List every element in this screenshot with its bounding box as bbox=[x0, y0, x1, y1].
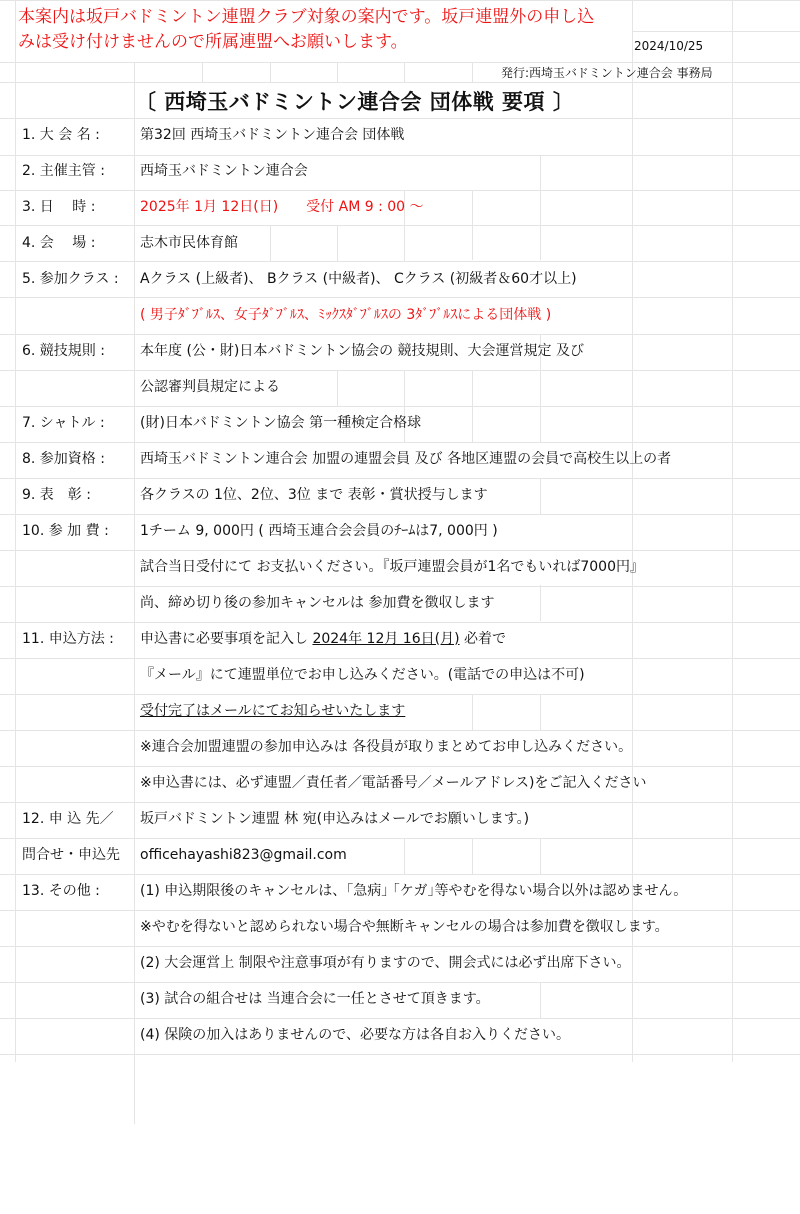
deadline-date: 2024年 12月 16日(月) bbox=[312, 631, 459, 647]
row-value: (2) 大会運営上 制限や注意事項が有りますので、開会式には必ず出席下さい。 bbox=[140, 956, 630, 970]
row-value: 各クラスの 1位、2位、3位 まで 表彰・賞状授与します bbox=[140, 488, 488, 502]
gridline bbox=[15, 0, 16, 1062]
gridline bbox=[202, 62, 203, 82]
row-label: 6. 競技規則 : bbox=[22, 344, 105, 358]
page-title: 〔 西埼玉バドミントン連合会 団体戦 要項 〕 bbox=[135, 92, 574, 113]
row-value: ( 男子ﾀﾞﾌﾞﾙｽ、女子ﾀﾞﾌﾞﾙｽ、ﾐｯｸｽﾀﾞﾌﾞﾙｽの 3ﾀﾞﾌﾞﾙｽに… bbox=[140, 308, 551, 322]
gridline bbox=[404, 225, 405, 261]
row-value: 西埼玉バドミントン連合会 bbox=[140, 164, 308, 178]
row-value: 試合当日受付にて お支払いください。『坂戸連盟会員が1名でもいれば7000円』 bbox=[140, 560, 644, 574]
gridline bbox=[632, 658, 633, 694]
gridline bbox=[134, 62, 135, 1124]
gridline bbox=[540, 155, 541, 260]
issue-date: 2024/10/25 bbox=[634, 40, 703, 52]
gridline bbox=[540, 838, 541, 874]
row-value: (1) 申込期限後のキャンセルは、｢急病｣ ｢ケガ｣等やむを得ない場合以外は認め… bbox=[140, 884, 687, 898]
gridline bbox=[472, 62, 473, 82]
gridline bbox=[472, 694, 473, 730]
row-value: 2025年 1月 12日(日) 受付 AM 9 : 00 ～ bbox=[140, 200, 424, 214]
row-value: 坂戸バドミントン連盟 林 宛(申込みはメールでお願いします。) bbox=[140, 812, 529, 826]
row-value: (3) 試合の組合せは 当連合会に一任とさせて頂きます。 bbox=[140, 992, 490, 1006]
row-value: 第32回 西埼玉バドミントン連合会 団体戦 bbox=[140, 128, 404, 142]
gridline bbox=[337, 370, 338, 406]
row-value: ※申込書には、必ず連盟／責任者／電話番号／メールアドレス)をご記入ください bbox=[140, 776, 647, 790]
row-label: 10. 参 加 費 : bbox=[22, 524, 109, 538]
row-label: 12. 申 込 先／ bbox=[22, 812, 114, 826]
gridline bbox=[337, 225, 338, 261]
gridline bbox=[472, 838, 473, 874]
row-value: 尚、締め切り後の参加キャンセルは 参加費を徴収します bbox=[140, 596, 494, 610]
row-value: (財)日本バドミントン協会 第一種検定合格球 bbox=[140, 416, 421, 430]
notice-line-1: 本案内は坂戸バドミントン連盟クラブ対象の案内です。坂戸連盟外の申し込 bbox=[18, 9, 594, 26]
issuer: 発行:西埼玉バドミントン連合会 事務局 bbox=[501, 67, 713, 79]
row-value: ※連合会加盟連盟の参加申込みは 各役員が取りまとめてお申し込みください。 bbox=[140, 740, 632, 754]
row-label: 問合せ・申込先 bbox=[22, 848, 120, 862]
gridline bbox=[632, 0, 633, 1062]
row-value: 申込書に必要事項を記入し 2024年 12月 16日(月) 必着で bbox=[140, 632, 506, 646]
gridline bbox=[404, 62, 405, 82]
row-label: 8. 参加資格 : bbox=[22, 452, 105, 466]
row-value: (4) 保険の加入はありませんので、必要な方は各自お入りください。 bbox=[140, 1028, 570, 1042]
row-value: 1チーム 9, 000円 ( 西埼玉連合会会員のﾁｰﾑは7, 000円 ) bbox=[140, 524, 498, 538]
row-value: 本年度 (公・財)日本バドミントン協会の 競技規則、大会運営規定 及び bbox=[140, 344, 584, 358]
gridline bbox=[270, 62, 271, 82]
row-value: 公認審判員規定による bbox=[140, 380, 280, 394]
gridline bbox=[540, 478, 541, 514]
row-label: 2. 主催主管 : bbox=[22, 164, 105, 178]
row-value: 受付完了はメールにてお知らせいたします bbox=[140, 704, 405, 718]
gridline bbox=[540, 694, 541, 730]
row-label: 7. シャトル : bbox=[22, 416, 105, 430]
row-label: 9. 表 彰 : bbox=[22, 488, 91, 502]
row-value: Aクラス (上級者)、 Bクラス (中級者)、 Cクラス (初級者＆60才以上) bbox=[140, 272, 577, 286]
gridline bbox=[337, 62, 338, 82]
row-label: 4. 会 場 : bbox=[22, 236, 95, 250]
contact-email: officehayashi823@gmail.com bbox=[140, 848, 347, 862]
row-value: ※やむを得ないと認められない場合や無断キャンセルの場合は参加費を徴収します。 bbox=[140, 920, 669, 934]
row-label: 1. 大 会 名 : bbox=[22, 128, 100, 142]
row-label: 13. その他 : bbox=[22, 884, 100, 898]
gridline bbox=[404, 838, 405, 874]
row-value: 西埼玉バドミントン連合会 加盟の連盟会員 及び 各地区連盟の会員で高校生以上の者 bbox=[140, 452, 671, 466]
row-label: 5. 参加クラス : bbox=[22, 272, 119, 286]
deadline-suffix: 必着で bbox=[460, 631, 506, 647]
gridline bbox=[270, 225, 271, 261]
row-value: 志木市民体育館 bbox=[140, 236, 238, 250]
gridline bbox=[732, 0, 733, 1062]
row-label: 11. 申込方法 : bbox=[22, 632, 114, 646]
row-label: 3. 日 時 : bbox=[22, 200, 95, 214]
gridline bbox=[540, 982, 541, 1018]
notice-line-2: みは受け付けませんので所属連盟へお願いします。 bbox=[18, 34, 408, 51]
gridline bbox=[540, 585, 541, 621]
row-value: 『メール』にて連盟単位でお申し込みください。(電話での申込は不可) bbox=[140, 668, 585, 682]
